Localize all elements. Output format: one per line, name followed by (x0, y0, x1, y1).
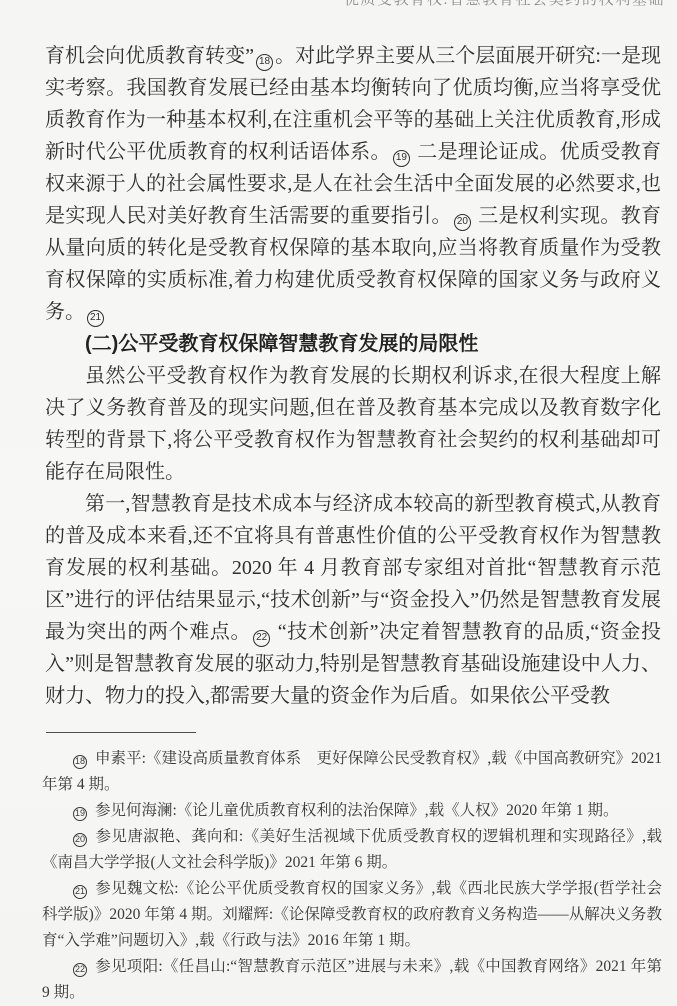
footnote-text: 参见唐淑艳、龚向和:《美好生活视域下优质受教育权的逻辑机理和实现路径》,载《南昌… (42, 828, 662, 871)
footnote-item: 22参见项阳:《任昌山:“智慧教育示范区”进展与未来》,载《中国教育网络》202… (42, 954, 662, 1006)
footnote-text: 参见项阳:《任昌山:“智慧教育示范区”进展与未来》,载《中国教育网络》2021 … (42, 958, 662, 1001)
running-head: 优质受教育权:智慧教育社会契约的权利基础 (344, 0, 665, 10)
footnote-text: 参见何海澜:《论儿童优质教育权利的法治保障》,载《人权》2020 年第 1 期。 (95, 802, 619, 819)
document-page: 优质受教育权:智慧教育社会契约的权利基础 育机会向优质教育转变”18。对此学界主… (0, 0, 677, 1006)
paragraph: 虽然公平受教育权作为教育发展的长期权利诉求,在很大程度上解决了义务教育普及的现实… (45, 360, 661, 488)
footnote-separator (46, 732, 196, 733)
paragraph-text: 育机会向优质教育转变” (45, 45, 254, 67)
footnote-marker: 18 (256, 54, 273, 71)
footnote-number: 19 (73, 807, 87, 821)
footnote-marker: 21 (87, 310, 104, 327)
footnote-item: 19参见何海澜:《论儿童优质教育权利的法治保障》,载《人权》2020 年第 1 … (42, 798, 662, 824)
footnote-item: 21参见魏文松:《论公平优质受教育权的国家义务》,载《西北民族大学学报(哲学社会… (42, 876, 662, 954)
footnote-item: 18申素平:《建设高质量教育体系 更好保障公民受教育权》,载《中国高教研究》20… (42, 746, 662, 798)
footnote-text: 参见魏文松:《论公平优质受教育权的国家义务》,载《西北民族大学学报(哲学社会科学… (42, 880, 662, 949)
paragraph: 第一,智慧教育是技术成本与经济成本较高的新型教育模式,从教育的普及成本来看,还不… (45, 488, 661, 712)
footnote-text: 申素平:《建设高质量教育体系 更好保障公民受教育权》,载《中国高教研究》2021… (42, 750, 662, 793)
footnotes: 18申素平:《建设高质量教育体系 更好保障公民受教育权》,载《中国高教研究》20… (42, 746, 662, 1006)
section-heading: (二)公平受教育权保障智慧教育发展的局限性 (45, 328, 661, 360)
footnote-marker: 22 (253, 630, 270, 647)
footnote-number: 18 (73, 755, 87, 769)
footnote-item: 20参见唐淑艳、龚向和:《美好生活视域下优质受教育权的逻辑机理和实现路径》,载《… (42, 824, 662, 876)
footnote-marker: 19 (393, 150, 410, 167)
footnote-marker: 20 (454, 214, 471, 231)
body-text: 育机会向优质教育转变”18。对此学界主要从三个层面展开研究:一是现实考察。我国教… (45, 40, 661, 712)
footnote-number: 21 (73, 885, 87, 899)
footnote-number: 20 (73, 833, 87, 847)
paragraph-text: 虽然公平受教育权作为教育发展的长期权利诉求,在很大程度上解决了义务教育普及的现实… (45, 365, 661, 483)
footnote-number: 22 (73, 963, 87, 977)
paragraph: 育机会向优质教育转变”18。对此学界主要从三个层面展开研究:一是现实考察。我国教… (45, 40, 661, 328)
